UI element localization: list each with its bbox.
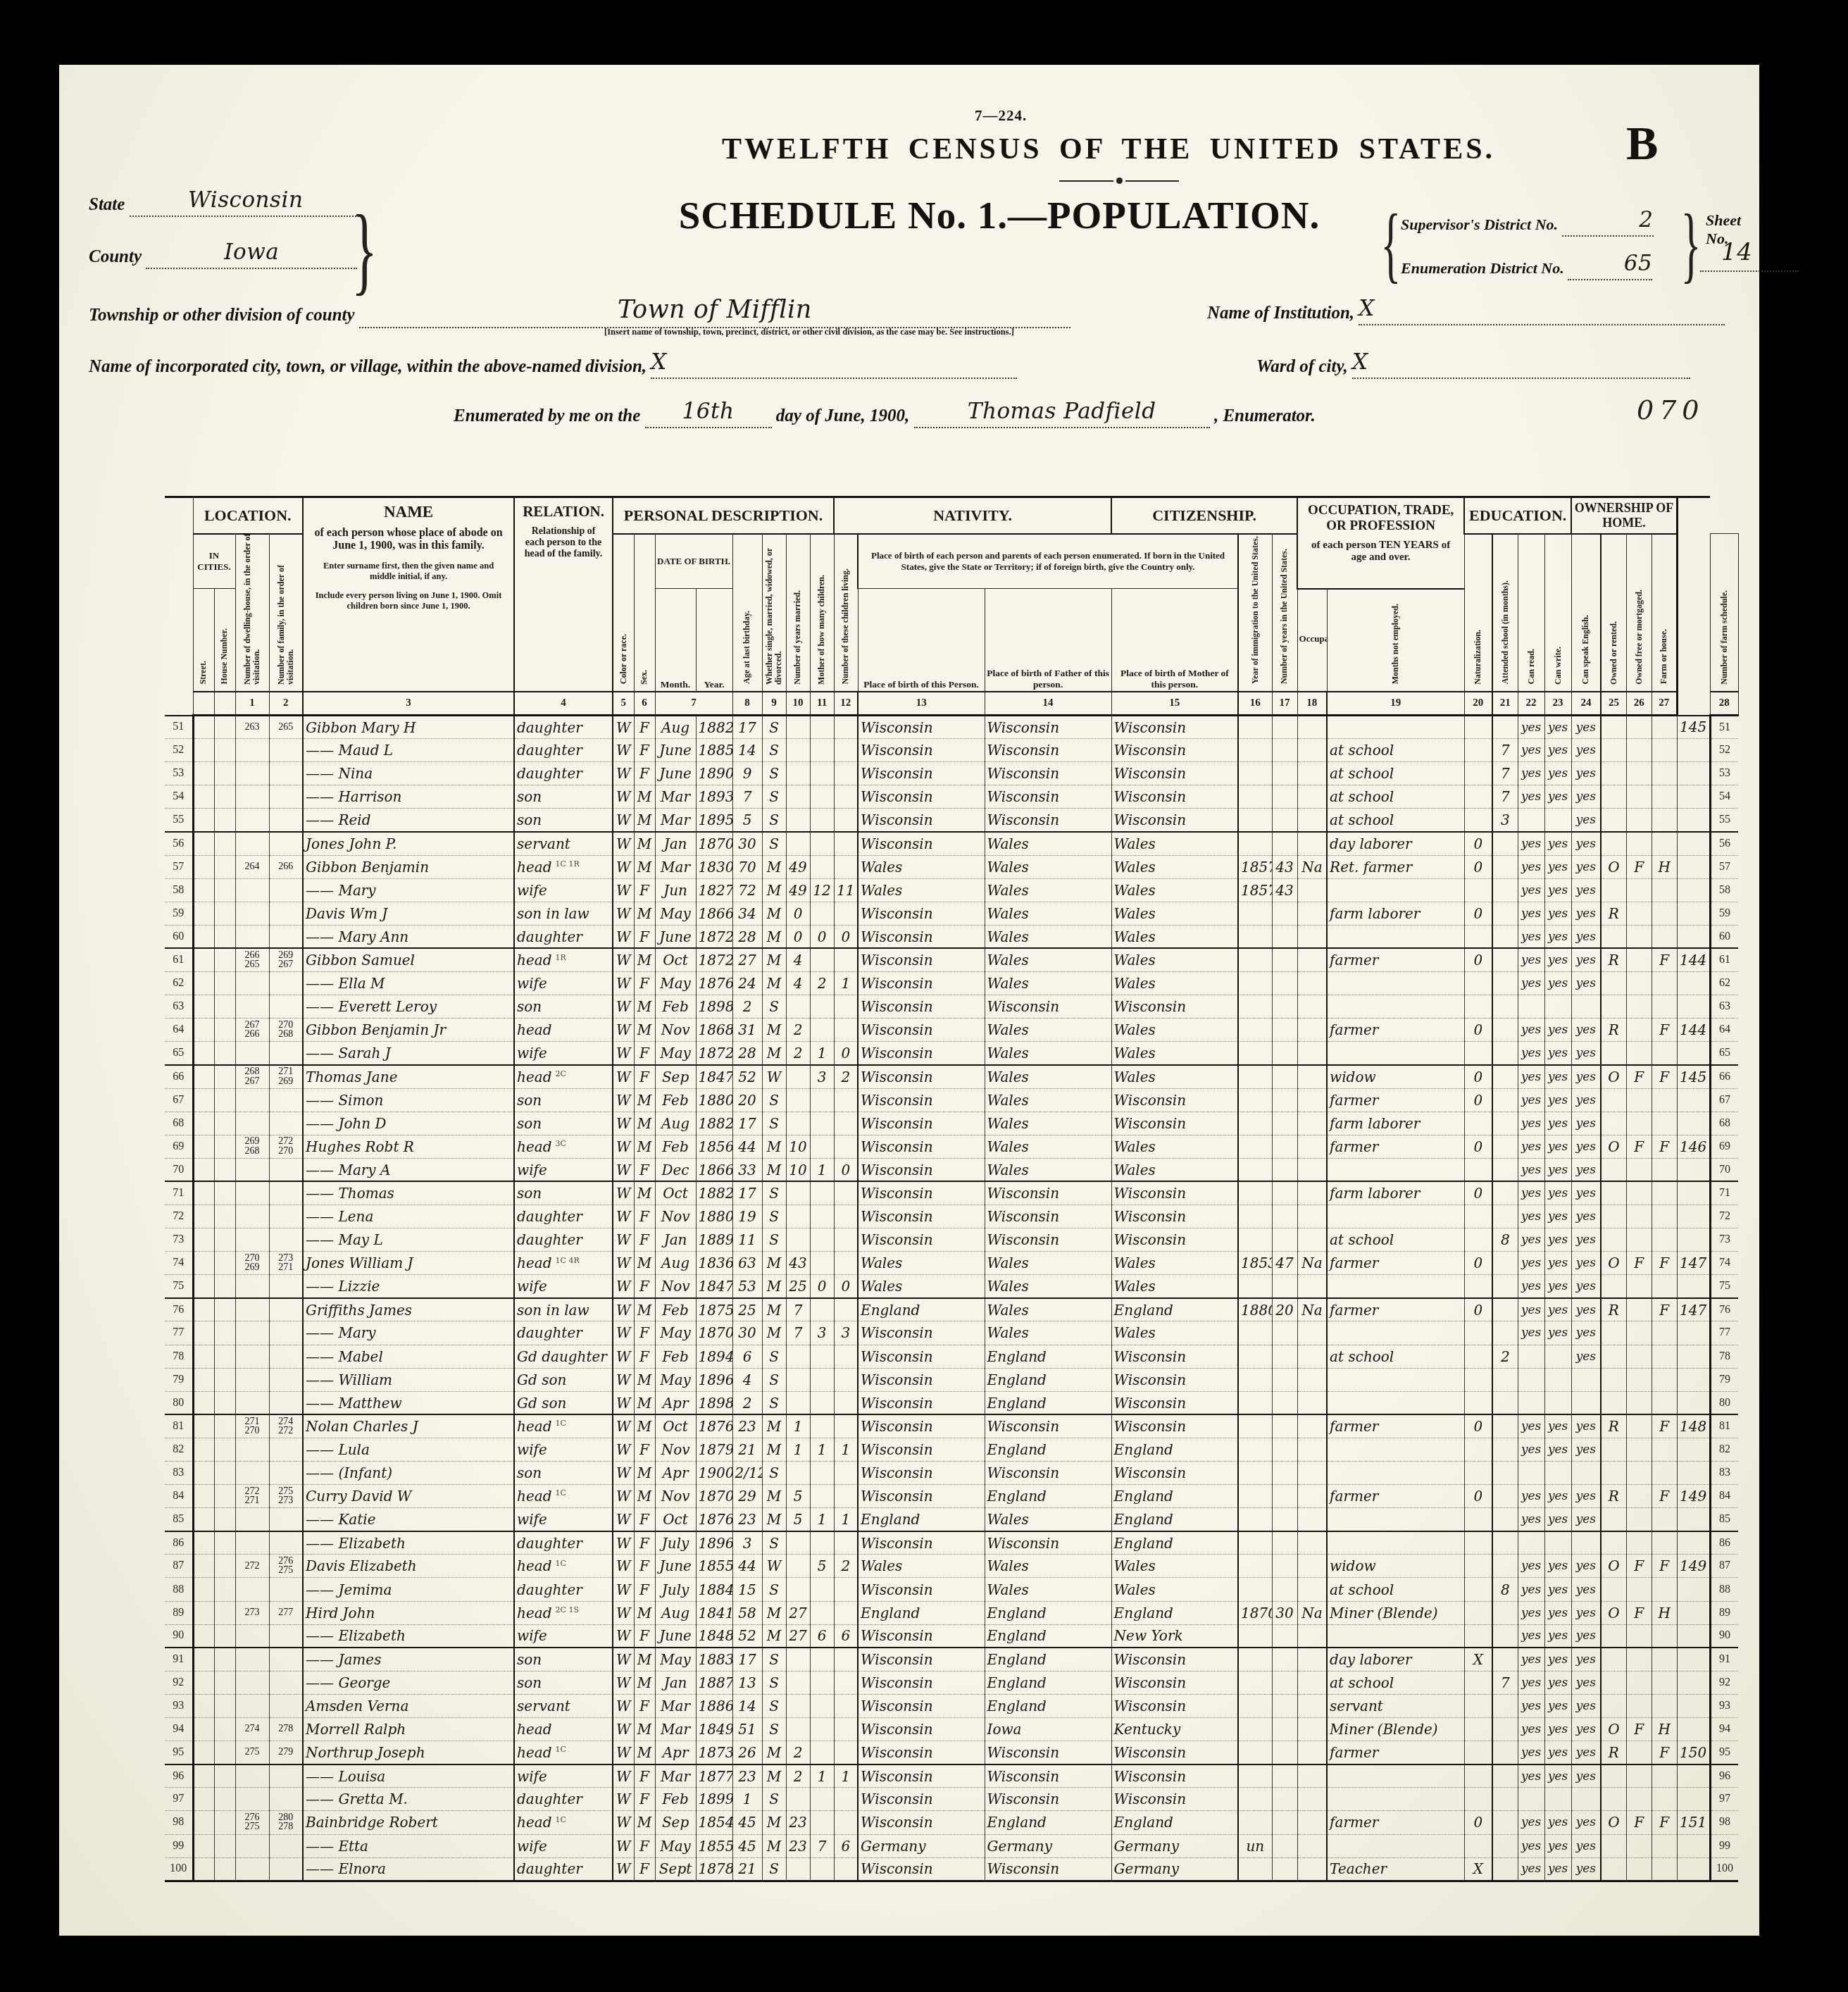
cell-sex: M	[634, 1298, 655, 1321]
header-can-read: Can read.	[1518, 534, 1544, 692]
cell-house	[214, 1624, 235, 1648]
cell-nat	[1297, 785, 1327, 809]
cell-un	[1464, 1508, 1492, 1531]
cell-house	[214, 925, 235, 948]
cell-age: 11	[732, 1228, 762, 1252]
cell-fm	[1626, 785, 1652, 809]
cell-dw	[235, 832, 269, 855]
cell-rd: yes	[1518, 1042, 1544, 1065]
cell-dw	[235, 1462, 269, 1485]
row-number-left: 69	[165, 1135, 193, 1158]
row-number-right: 53	[1710, 762, 1738, 785]
cell-street	[193, 1462, 214, 1485]
cell-imm	[1238, 785, 1272, 809]
cell-liv	[834, 1648, 858, 1671]
table-row: 85—— KatiewifeWFOct187623M511EnglandWale…	[165, 1508, 1738, 1531]
cell-rd: yes	[1518, 1834, 1544, 1857]
cell-age: 33	[732, 1158, 762, 1181]
ward-value: X	[1352, 349, 1368, 375]
table-row: 86—— ElizabethdaughterWFJuly18963SWiscon…	[165, 1531, 1738, 1555]
cell-sch	[1492, 1252, 1518, 1275]
row-number-left: 66	[165, 1065, 193, 1088]
cell-mar: M	[762, 1321, 786, 1345]
cell-rel: son	[514, 785, 613, 809]
cell-pob: Wisconsin	[858, 1019, 985, 1042]
cell-own	[1601, 1345, 1626, 1368]
cell-occ: farmer	[1327, 1135, 1464, 1158]
cell-imm	[1238, 716, 1272, 739]
cell-pob: Wisconsin	[858, 762, 985, 785]
cell-rel: daughter	[514, 762, 613, 785]
row-number-left: 55	[165, 809, 193, 832]
cell-fs	[1677, 1321, 1710, 1345]
table-row: 80—— MatthewGd sonWMApr18982SWisconsinEn…	[165, 1391, 1738, 1414]
cell-fh	[1652, 1462, 1677, 1485]
cell-mar: S	[762, 1694, 786, 1717]
cell-fam	[269, 995, 303, 1019]
cell-moth	[810, 1788, 834, 1811]
row-number-left: 85	[165, 1508, 193, 1531]
cell-yus	[1272, 1065, 1297, 1088]
row-number-right: 97	[1710, 1788, 1738, 1811]
cell-un	[1464, 1112, 1492, 1135]
cell-rel: servant	[514, 832, 613, 855]
cell-un: 0	[1464, 1135, 1492, 1158]
table-row: 64267 266270 268Gibbon Benjamin JrheadWM…	[165, 1019, 1738, 1042]
cell-fs	[1677, 1531, 1710, 1555]
cell-pf: Wales	[985, 878, 1111, 902]
cell-street	[193, 1601, 214, 1624]
cell-fam	[269, 1671, 303, 1694]
cell-wr: yes	[1544, 1158, 1571, 1181]
cell-pf: Wales	[985, 1321, 1111, 1345]
cell-rd: yes	[1518, 1158, 1544, 1181]
cell-yus	[1272, 1857, 1297, 1881]
cell-wr: yes	[1544, 1764, 1571, 1788]
cell-nat	[1297, 1741, 1327, 1764]
cell-un: 0	[1464, 1252, 1492, 1275]
cell-sex: M	[634, 1741, 655, 1764]
cell-un	[1464, 1228, 1492, 1252]
cell-wr: yes	[1544, 1414, 1571, 1438]
cell-name: —— Mary A	[303, 1158, 514, 1181]
table-row: 62—— Ella MwifeWFMay187624M421WisconsinW…	[165, 972, 1738, 995]
row-number-left: 71	[165, 1181, 193, 1204]
cell-pob: Wisconsin	[858, 1764, 985, 1788]
cell-liv	[834, 948, 858, 971]
row-number-right: 55	[1710, 809, 1738, 832]
relation-code: 1C	[556, 1488, 566, 1498]
cell-yr: 1900	[696, 1462, 732, 1485]
row-number-left: 72	[165, 1204, 193, 1228]
cell-name: —— Ella M	[303, 972, 514, 995]
cell-mo: Nov	[655, 1275, 696, 1298]
row-number-left: 88	[165, 1578, 193, 1601]
cell-rd: yes	[1518, 1671, 1544, 1694]
cell-street	[193, 1671, 214, 1694]
row-number-right: 94	[1710, 1718, 1738, 1741]
cell-street	[193, 1135, 214, 1158]
cell-street	[193, 1531, 214, 1555]
cell-occ: at school	[1327, 1345, 1464, 1368]
header-speak-english: Can speak English.	[1571, 534, 1601, 692]
column-numbers-row: 1 2 3 4 5 6 7 8 9 10 11 12 13 14 15 16 1…	[165, 692, 1738, 716]
cell-yus	[1272, 1135, 1297, 1158]
cell-ym	[786, 1065, 810, 1088]
cell-occ	[1327, 1204, 1464, 1228]
cell-rel: Gd daughter	[514, 1345, 613, 1368]
colnum-7: 7	[655, 692, 732, 716]
cell-mo: June	[655, 762, 696, 785]
cell-fm	[1626, 1694, 1652, 1717]
cell-own: O	[1601, 1601, 1626, 1624]
cell-pob: Wisconsin	[858, 925, 985, 948]
colnum-2: 2	[269, 692, 303, 716]
cell-mo: Aug	[655, 1252, 696, 1275]
cell-wr: yes	[1544, 716, 1571, 739]
cell-fs	[1677, 1112, 1710, 1135]
table-row: 77—— MarydaughterWFMay187030M733Wisconsi…	[165, 1321, 1738, 1345]
cell-house	[214, 739, 235, 762]
cell-age: 23	[732, 1764, 762, 1788]
cell-imm	[1238, 1531, 1272, 1555]
cell-sex: F	[634, 1065, 655, 1088]
cell-street	[193, 1834, 214, 1857]
cell-occ	[1327, 716, 1464, 739]
cell-name: —— Matthew	[303, 1391, 514, 1414]
cell-fh	[1652, 1624, 1677, 1648]
cell-rd: yes	[1518, 832, 1544, 855]
cell-occ	[1327, 1834, 1464, 1857]
cell-occ	[1327, 1624, 1464, 1648]
cell-mo: Mar	[655, 855, 696, 878]
cell-house	[214, 948, 235, 971]
cell-nat	[1297, 1624, 1327, 1648]
cell-sch	[1492, 1275, 1518, 1298]
cell-fam	[269, 762, 303, 785]
cell-age: 6	[732, 1345, 762, 1368]
cell-fs	[1677, 1368, 1710, 1391]
cell-moth	[810, 1368, 834, 1391]
cell-pob: Wisconsin	[858, 1462, 985, 1485]
cell-pf: Wales	[985, 1508, 1111, 1531]
cell-occ: at school	[1327, 739, 1464, 762]
cell-imm	[1238, 1508, 1272, 1531]
row-number-right: 100	[1710, 1857, 1738, 1881]
cell-mar: M	[762, 1414, 786, 1438]
cell-age: 3	[732, 1531, 762, 1555]
row-number-right: 76	[1710, 1298, 1738, 1321]
cell-color: W	[613, 1578, 634, 1601]
cell-age: 30	[732, 1321, 762, 1345]
cell-wr: yes	[1544, 1741, 1571, 1764]
table-row: 89273277Hird Johnhead2C 1SWMAug184158M27…	[165, 1601, 1738, 1624]
cell-yus	[1272, 1788, 1297, 1811]
cell-name: —— Louisa	[303, 1764, 514, 1788]
cell-yus	[1272, 716, 1297, 739]
table-row: 61266 265269 267Gibbon Samuelhead1RWMOct…	[165, 948, 1738, 971]
cell-yus	[1272, 1671, 1297, 1694]
cell-rel: wife	[514, 1508, 613, 1531]
cell-nat	[1297, 1368, 1327, 1391]
cell-liv: 1	[834, 1508, 858, 1531]
cell-un: 0	[1464, 1181, 1492, 1204]
cell-color: W	[613, 1391, 634, 1414]
relation-code: 1C	[556, 1419, 566, 1428]
enumerated-prefix: Enumerated by me on the	[454, 406, 640, 425]
cell-fam	[269, 1438, 303, 1461]
cell-pf: Wales	[985, 1555, 1111, 1578]
cell-pf: England	[985, 1601, 1111, 1624]
cell-liv: 1	[834, 972, 858, 995]
cell-wr: yes	[1544, 1555, 1571, 1578]
cell-yr: 1880	[696, 1204, 732, 1228]
cell-name: —— Simon	[303, 1088, 514, 1112]
cell-fh	[1652, 902, 1677, 925]
cell-dw	[235, 1112, 269, 1135]
cell-pob: Wisconsin	[858, 1648, 985, 1671]
cell-name: Jones William J	[303, 1252, 514, 1275]
cell-fam: 269 267	[269, 948, 303, 971]
cell-sch	[1492, 1321, 1518, 1345]
cell-fs	[1677, 762, 1710, 785]
cell-age: 29	[732, 1485, 762, 1508]
cell-moth: 6	[810, 1624, 834, 1648]
cell-fh: F	[1652, 1555, 1677, 1578]
cell-sex: F	[634, 972, 655, 995]
cell-imm	[1238, 948, 1272, 971]
cell-occ: farmer	[1327, 1485, 1464, 1508]
cell-yus	[1272, 832, 1297, 855]
cell-pf: England	[985, 1391, 1111, 1414]
table-row: 81271 270274 272Nolan Charles Jhead1CWMO…	[165, 1414, 1738, 1438]
cell-rel: head2C 1S	[514, 1601, 613, 1624]
cell-fs	[1677, 1857, 1710, 1881]
cell-yus	[1272, 1624, 1297, 1648]
cell-en: yes	[1571, 1228, 1601, 1252]
cell-own	[1601, 832, 1626, 855]
cell-sex: M	[634, 855, 655, 878]
cell-un: 0	[1464, 1019, 1492, 1042]
table-row: 98276 275280 278Bainbridge Roberthead1CW…	[165, 1811, 1738, 1834]
table-row: 73—— May LdaughterWFJan188911SWisconsinW…	[165, 1228, 1738, 1252]
row-number-gutter-right	[1677, 497, 1710, 716]
cell-name: —— Katie	[303, 1508, 514, 1531]
row-number-left: 92	[165, 1671, 193, 1694]
table-row: 90—— ElizabethwifeWFJune184852M2766Wisco…	[165, 1624, 1738, 1648]
cell-sex: F	[634, 762, 655, 785]
cell-wr: yes	[1544, 1088, 1571, 1112]
cell-rel: son	[514, 809, 613, 832]
cell-age: 45	[732, 1834, 762, 1857]
cell-nat	[1297, 1485, 1327, 1508]
cell-rel: wife	[514, 1438, 613, 1461]
cell-sex: M	[634, 832, 655, 855]
cell-ym	[786, 1648, 810, 1671]
header-years-in-us: Number of years in the United States.	[1272, 534, 1297, 692]
cell-fh	[1652, 762, 1677, 785]
cell-age: 52	[732, 1065, 762, 1088]
header-house-number: House Number.	[214, 589, 235, 692]
cell-name: Bainbridge Robert	[303, 1811, 514, 1834]
row-number-right: 93	[1710, 1694, 1738, 1717]
relation-code: 1C	[556, 1815, 566, 1824]
cell-un	[1464, 972, 1492, 995]
cell-un: 0	[1464, 1088, 1492, 1112]
cell-yus	[1272, 1042, 1297, 1065]
cell-nat	[1297, 1788, 1327, 1811]
cell-wr: yes	[1544, 1204, 1571, 1228]
cell-rel: daughter	[514, 1321, 613, 1345]
cell-age: 21	[732, 1857, 762, 1881]
cell-rd	[1518, 1788, 1544, 1811]
cell-rel: son	[514, 995, 613, 1019]
cell-house	[214, 1834, 235, 1857]
colnum-house	[214, 692, 235, 716]
cell-fam	[269, 1834, 303, 1857]
cell-ym	[786, 1112, 810, 1135]
cell-yus	[1272, 1508, 1297, 1531]
cell-wr	[1544, 995, 1571, 1019]
cell-own: R	[1601, 902, 1626, 925]
cell-pob: Wisconsin	[858, 1718, 985, 1741]
table-row: 78—— MabelGd daughterWFFeb18946SWisconsi…	[165, 1345, 1738, 1368]
cell-un	[1464, 785, 1492, 809]
cell-fs	[1677, 1088, 1710, 1112]
cell-fs	[1677, 995, 1710, 1019]
cell-ym: 2	[786, 1741, 810, 1764]
cell-nat	[1297, 832, 1327, 855]
cell-own	[1601, 809, 1626, 832]
cell-pm: Wisconsin	[1111, 1414, 1238, 1438]
cell-wr: yes	[1544, 1275, 1571, 1298]
cell-name: —— Sarah J	[303, 1042, 514, 1065]
cell-en: yes	[1571, 902, 1601, 925]
cell-liv	[834, 1298, 858, 1321]
cell-street	[193, 716, 214, 739]
cell-sch: 7	[1492, 785, 1518, 809]
cell-yr: 1886	[696, 1694, 732, 1717]
cell-en: yes	[1571, 1764, 1601, 1788]
cell-yr: 1847	[696, 1065, 732, 1088]
cell-sex: M	[634, 1135, 655, 1158]
cell-rd: yes	[1518, 1204, 1544, 1228]
cell-yr: 1870	[696, 1485, 732, 1508]
cell-nat	[1297, 1555, 1327, 1578]
cell-house	[214, 1204, 235, 1228]
row-number-left: 59	[165, 902, 193, 925]
cell-yus	[1272, 1181, 1297, 1204]
cell-dw	[235, 1042, 269, 1065]
cell-imm	[1238, 1485, 1272, 1508]
cell-mo: Jun	[655, 878, 696, 902]
row-number-right: 86	[1710, 1531, 1738, 1555]
cell-imm	[1238, 1135, 1272, 1158]
cell-rel: daughter	[514, 1578, 613, 1601]
cell-imm	[1238, 1204, 1272, 1228]
cell-yus	[1272, 809, 1297, 832]
cell-rd: yes	[1518, 1181, 1544, 1204]
cell-sch	[1492, 1414, 1518, 1438]
colnum-16: 16	[1238, 692, 1272, 716]
relation-code: 2C	[556, 1069, 566, 1078]
cell-occ	[1327, 1368, 1464, 1391]
cell-sch	[1492, 1042, 1518, 1065]
cell-mar: S	[762, 1531, 786, 1555]
cell-name: —— Thomas	[303, 1181, 514, 1204]
cell-pm: Wisconsin	[1111, 1368, 1238, 1391]
cell-wr: yes	[1544, 1578, 1571, 1601]
cell-un	[1464, 1462, 1492, 1485]
relation-code: 3C	[556, 1139, 566, 1148]
cell-rel: son	[514, 1671, 613, 1694]
cell-color: W	[613, 1601, 634, 1624]
cell-sch	[1492, 1462, 1518, 1485]
cell-color: W	[613, 1158, 634, 1181]
cell-mar: S	[762, 1088, 786, 1112]
cell-pf: Wisconsin	[985, 1228, 1111, 1252]
cell-yus	[1272, 948, 1297, 971]
cell-fs	[1677, 1275, 1710, 1298]
header-sex: Sex.	[634, 534, 655, 692]
header-attended-school: Attended school (in months).	[1492, 534, 1518, 692]
cell-moth	[810, 1298, 834, 1321]
cell-house	[214, 1531, 235, 1555]
cell-own	[1601, 739, 1626, 762]
cell-wr: yes	[1544, 1671, 1571, 1694]
cell-yus	[1272, 1485, 1297, 1508]
cell-pob: Wisconsin	[858, 1088, 985, 1112]
cell-moth: 0	[810, 1275, 834, 1298]
cell-yr: 1893	[696, 785, 732, 809]
cell-mar: S	[762, 995, 786, 1019]
cell-street	[193, 1275, 214, 1298]
cell-pm: Wisconsin	[1111, 1648, 1238, 1671]
cell-liv	[834, 1088, 858, 1112]
cell-fam: 271 269	[269, 1065, 303, 1088]
cell-yr: 1876	[696, 1508, 732, 1531]
cell-house	[214, 1019, 235, 1042]
cell-yus	[1272, 1204, 1297, 1228]
cell-name: —— Mary	[303, 878, 514, 902]
cell-age: 2	[732, 1391, 762, 1414]
cell-mar: S	[762, 716, 786, 739]
cell-imm	[1238, 1042, 1272, 1065]
cell-fs	[1677, 1181, 1710, 1204]
cell-un	[1464, 1391, 1492, 1414]
cell-age: 58	[732, 1601, 762, 1624]
cell-pm: Wisconsin	[1111, 1462, 1238, 1485]
cell-wr: yes	[1544, 1601, 1571, 1624]
cell-yus	[1272, 1811, 1297, 1834]
cell-fm	[1626, 1764, 1652, 1788]
cell-ym: 2	[786, 1764, 810, 1788]
colnum-8: 8	[732, 692, 762, 716]
cell-pf: England	[985, 1624, 1111, 1648]
cell-pob: Wisconsin	[858, 1345, 985, 1368]
header-pob-mother: Place of birth of Mother of this person.	[1111, 589, 1238, 692]
cell-liv: 2	[834, 1555, 858, 1578]
cell-own	[1601, 1531, 1626, 1555]
cell-sex: M	[634, 1252, 655, 1275]
cell-rel: Gd son	[514, 1391, 613, 1414]
cell-street	[193, 878, 214, 902]
institution-value: X	[1359, 296, 1375, 321]
cell-ym: 1	[786, 1438, 810, 1461]
cell-pm: Wales	[1111, 902, 1238, 925]
cell-liv	[834, 1228, 858, 1252]
cell-mar: M	[762, 855, 786, 878]
